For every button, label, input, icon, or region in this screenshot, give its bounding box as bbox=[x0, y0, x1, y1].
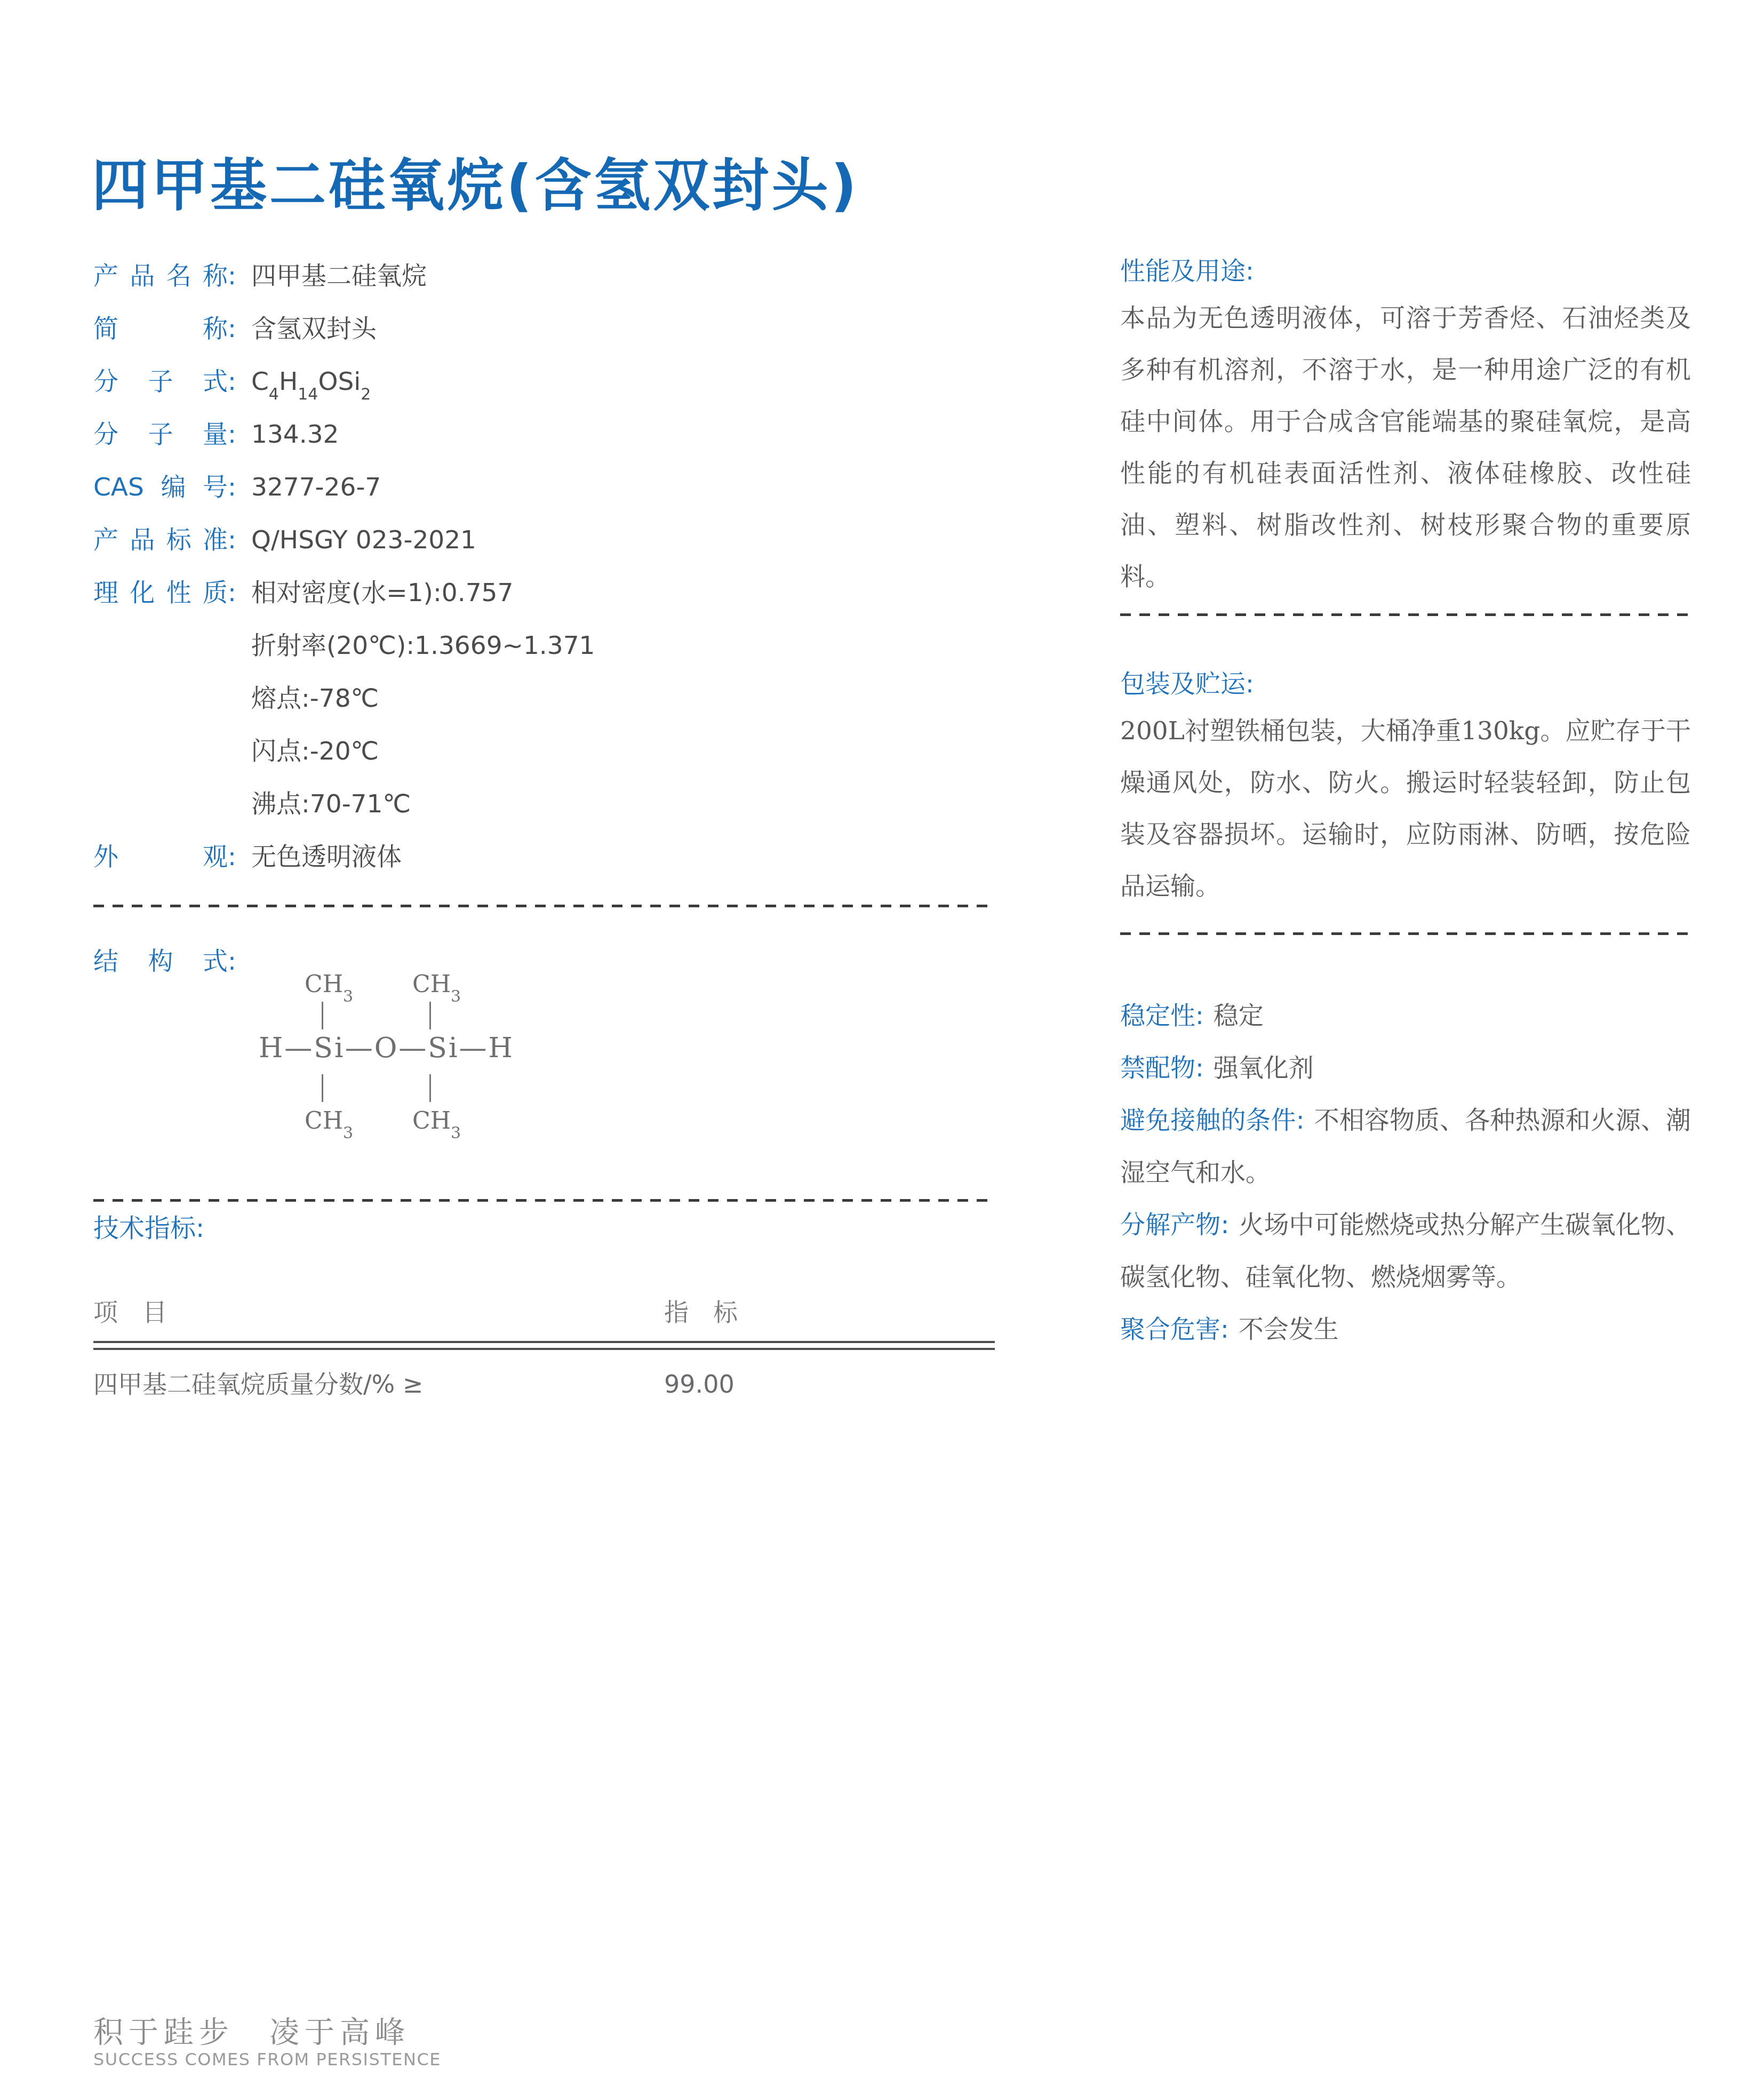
table-cell-spec: 99.00 bbox=[664, 1363, 735, 1405]
field-label: 简称 bbox=[93, 302, 228, 355]
safety-item-conditions-to-avoid: 避免接触的条件:不相容物质、各种热源和火源、潮湿空气和水。 bbox=[1120, 1095, 1691, 1199]
field-colon: : bbox=[228, 566, 251, 619]
safety-colon: : bbox=[1296, 1106, 1305, 1135]
backbone: H—Si—O—Si—H bbox=[259, 1032, 514, 1065]
footer-slogan-chinese: 积于跬步 凌于高峰 bbox=[93, 2009, 410, 2051]
field-short-name: 简称:含氢双封头 bbox=[93, 302, 1000, 355]
field-cas-number: CAS编号:3277-26-7 bbox=[93, 461, 1000, 514]
safety-colon: : bbox=[1195, 1001, 1204, 1030]
atom-si: Si bbox=[428, 1032, 459, 1064]
field-molecular-formula: 分子式:C4H14OSi2 bbox=[93, 355, 1000, 408]
safety-label: 禁配物 bbox=[1120, 1053, 1195, 1083]
product-datasheet-page: 四甲基二硅氧烷(含氢双封头) 产品名称:四甲基二硅氧烷 简称:含氢双封头 分子式… bbox=[0, 0, 1764, 2077]
dashed-divider bbox=[1120, 932, 1691, 935]
safety-label: 避免接触的条件 bbox=[1120, 1106, 1296, 1135]
methyl-subscript: 3 bbox=[343, 1124, 353, 1143]
field-product-standard: 产品标准:Q/HSGY 023-2021 bbox=[93, 514, 1000, 566]
field-physical-properties: 理化性质:相对密度(水=1):0.757 bbox=[93, 566, 1000, 619]
packaging-heading: 包装及贮运: bbox=[1120, 668, 1691, 701]
safety-text: 强氧化剂 bbox=[1214, 1053, 1314, 1083]
field-label: CAS编号 bbox=[93, 461, 228, 514]
field-boiling-point: 沸点:70-71℃ bbox=[93, 778, 1000, 830]
field-colon: : bbox=[228, 408, 251, 461]
safety-label: 分解产物 bbox=[1120, 1210, 1220, 1240]
safety-item-incompatibles: 禁配物:强氧化剂 bbox=[1120, 1042, 1691, 1095]
field-colon: : bbox=[228, 830, 251, 883]
column-header-spec: 指 标 bbox=[664, 1291, 738, 1333]
field-colon: : bbox=[228, 302, 251, 355]
page-title: 四甲基二硅氧烷(含氢双封头) bbox=[92, 140, 859, 221]
tech-spec-table: 项 目 指 标 四甲基二硅氧烷质量分数/% ≥ 99.00 bbox=[93, 1291, 995, 1405]
bond-vertical bbox=[429, 1002, 431, 1029]
field-colon: : bbox=[228, 514, 251, 566]
field-molecular-weight: 分子量:134.32 bbox=[93, 408, 1000, 461]
table-cell-item: 四甲基二硅氧烷质量分数/% ≥ bbox=[93, 1363, 664, 1405]
field-colon: : bbox=[228, 461, 251, 514]
packaging-heading-colon: : bbox=[1246, 669, 1254, 699]
field-value: Q/HSGY 023-2021 bbox=[251, 514, 476, 566]
bond: — bbox=[398, 1032, 428, 1064]
packaging-heading-text: 包装及贮运 bbox=[1120, 669, 1246, 699]
field-value: 闪点:-20℃ bbox=[251, 725, 379, 778]
field-label: 理化性质 bbox=[93, 566, 228, 619]
formula-part: C bbox=[251, 367, 269, 396]
field-appearance: 外观:无色透明液体 bbox=[93, 830, 1000, 883]
methyl-group: CH3 bbox=[305, 970, 353, 1012]
dashed-divider bbox=[1120, 613, 1691, 616]
safety-item-stability: 稳定性:稳定 bbox=[1120, 990, 1691, 1042]
field-colon: : bbox=[228, 935, 251, 988]
performance-heading: 性能及用途: bbox=[1120, 255, 1691, 288]
bond-vertical bbox=[322, 1002, 323, 1029]
atom-h: H bbox=[259, 1032, 284, 1064]
methyl-text: CH bbox=[412, 971, 451, 998]
bond: — bbox=[345, 1032, 374, 1064]
field-value: 134.32 bbox=[251, 408, 339, 461]
field-colon: : bbox=[228, 355, 251, 408]
methyl-subscript: 3 bbox=[451, 1124, 461, 1143]
tech-spec-heading-text: 技术指标 bbox=[93, 1213, 196, 1243]
performance-heading-text: 性能及用途 bbox=[1120, 257, 1246, 286]
safety-label: 聚合危害 bbox=[1120, 1315, 1220, 1344]
field-value: 沸点:70-71℃ bbox=[251, 778, 411, 830]
bond: — bbox=[284, 1032, 314, 1064]
methyl-subscript: 3 bbox=[343, 987, 353, 1006]
field-value: 熔点:-78℃ bbox=[251, 672, 379, 725]
footer-slogan-english: SUCCESS COMES FROM PERSISTENCE bbox=[93, 2049, 441, 2070]
field-label: 分子式 bbox=[93, 355, 228, 408]
formula-part: H bbox=[279, 367, 298, 396]
performance-heading-colon: : bbox=[1246, 257, 1254, 286]
field-label: 产品名称 bbox=[93, 250, 228, 302]
atom-o: O bbox=[374, 1032, 399, 1064]
formula-subscript: 4 bbox=[269, 385, 279, 404]
field-flash-point: 闪点:-20℃ bbox=[93, 725, 1000, 778]
safety-item-polymerization-hazard: 聚合危害:不会发生 bbox=[1120, 1304, 1691, 1356]
table-double-rule bbox=[93, 1341, 995, 1350]
field-value: 3277-26-7 bbox=[251, 461, 381, 514]
field-product-name: 产品名称:四甲基二硅氧烷 bbox=[93, 250, 1000, 302]
tech-spec-heading-colon: : bbox=[196, 1213, 204, 1243]
formula-part: OSi bbox=[318, 367, 361, 396]
methyl-text: CH bbox=[305, 1107, 343, 1135]
dashed-divider bbox=[93, 1199, 995, 1202]
field-label: 外观 bbox=[93, 830, 228, 883]
methyl-group: CH3 bbox=[305, 1106, 353, 1148]
packaging-body: 200L衬塑铁桶包装，大桶净重130kg。应贮存于干燥通风处，防水、防火。搬运时… bbox=[1120, 705, 1691, 912]
safety-colon: : bbox=[1220, 1210, 1229, 1240]
column-header-item: 项 目 bbox=[93, 1291, 664, 1333]
atom-si: Si bbox=[314, 1032, 345, 1064]
table-header-row: 项 目 指 标 bbox=[93, 1291, 995, 1333]
field-label: 结构式 bbox=[93, 935, 228, 988]
bond-vertical bbox=[322, 1074, 323, 1102]
methyl-group: CH3 bbox=[412, 970, 461, 1012]
tech-spec-heading: 技术指标: bbox=[93, 1210, 204, 1247]
methyl-subscript: 3 bbox=[451, 987, 461, 1006]
dashed-divider bbox=[93, 905, 995, 907]
field-value: 折射率(20℃):1.3669~1.371 bbox=[251, 619, 595, 672]
methyl-group: CH3 bbox=[412, 1106, 461, 1148]
formula-subscript: 2 bbox=[361, 385, 371, 404]
atom-h: H bbox=[489, 1032, 514, 1064]
safety-colon: : bbox=[1195, 1053, 1204, 1083]
table-row: 四甲基二硅氧烷质量分数/% ≥ 99.00 bbox=[93, 1363, 995, 1405]
structure-label-row: 结构式: bbox=[93, 935, 251, 988]
product-spec-list: 产品名称:四甲基二硅氧烷 简称:含氢双封头 分子式:C4H14OSi2 分子量:… bbox=[93, 250, 1000, 883]
performance-body: 本品为无色透明液体，可溶于芳香烃、石油烃类及多种有机溶剂，不溶于水，是一种用途广… bbox=[1120, 292, 1691, 603]
field-value: 相对密度(水=1):0.757 bbox=[251, 566, 513, 619]
structural-formula: CH3 CH3 H—Si—O—Si—H CH3 CH3 bbox=[259, 970, 568, 1146]
field-label: 产品标准 bbox=[93, 514, 228, 566]
safety-colon: : bbox=[1220, 1315, 1229, 1344]
safety-text: 稳定 bbox=[1214, 1001, 1264, 1030]
bond-vertical bbox=[429, 1074, 431, 1102]
safety-info-list: 稳定性:稳定 禁配物:强氧化剂 避免接触的条件:不相容物质、各种热源和火源、潮湿… bbox=[1120, 990, 1691, 1356]
methyl-text: CH bbox=[412, 1107, 451, 1135]
bond: — bbox=[459, 1032, 489, 1064]
safety-label: 稳定性 bbox=[1120, 1001, 1195, 1030]
field-label: 分子量 bbox=[93, 408, 228, 461]
safety-item-decomposition-products: 分解产物:火场中可能燃烧或热分解产生碳氧化物、碳氢化物、硅氧化物、燃烧烟雾等。 bbox=[1120, 1199, 1691, 1304]
field-value: 无色透明液体 bbox=[251, 830, 402, 883]
field-refractive-index: 折射率(20℃):1.3669~1.371 bbox=[93, 619, 1000, 672]
field-melting-point: 熔点:-78℃ bbox=[93, 672, 1000, 725]
field-value: 四甲基二硅氧烷 bbox=[251, 250, 427, 302]
field-value: 含氢双封头 bbox=[251, 302, 377, 355]
formula-subscript: 14 bbox=[298, 385, 318, 404]
methyl-text: CH bbox=[305, 971, 343, 998]
field-colon: : bbox=[228, 250, 251, 302]
safety-text: 不会发生 bbox=[1239, 1315, 1339, 1344]
